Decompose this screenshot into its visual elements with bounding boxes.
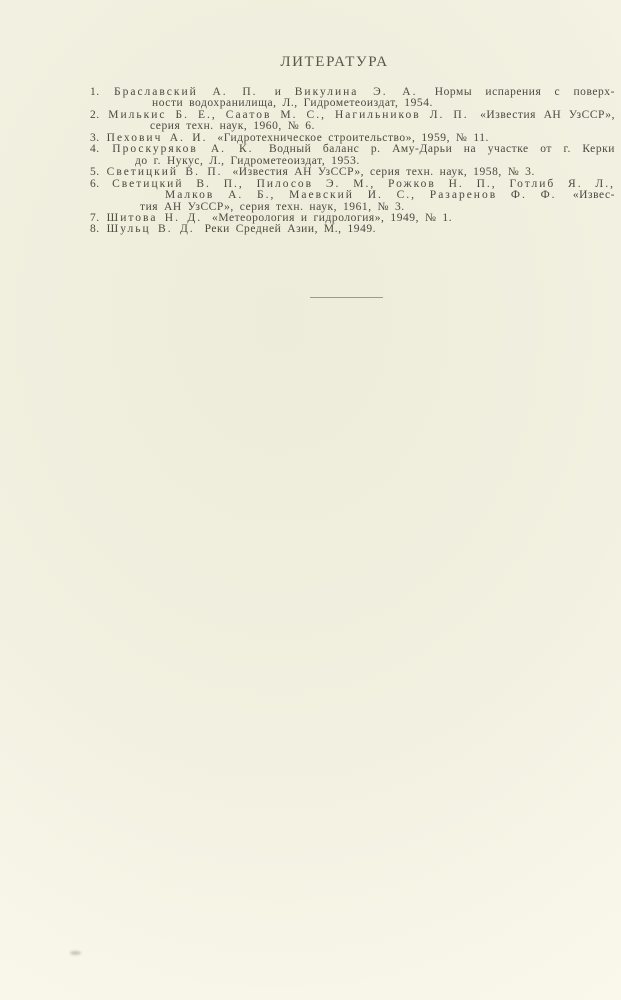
reference-text: «Известия АН УзССР», серия техн. наук, 1…: [223, 166, 535, 178]
scan-speck: [70, 951, 81, 955]
author-names: Светицкий В. П., Пилосов Э. М., Рожков Н…: [112, 178, 615, 190]
reference-text: Нормы испарения с поверх-: [417, 86, 615, 98]
reference-number: 3.: [90, 132, 101, 144]
reference-text: «Метеорология и гидрология», 1949, № 1.: [202, 212, 452, 224]
reference-text: ности водохранилища, Л., Гидрометеоиздат…: [152, 97, 433, 109]
reference-item: 6. Светицкий В. П., Пилосов Э. М., Рожко…: [90, 179, 615, 213]
references-list: 1. Браславский А. П. и Викулина Э. А. Но…: [90, 87, 615, 236]
author-names: Милькис Б. Е., Саатов М. С., Нагильников…: [108, 109, 468, 121]
reference-number: 7.: [90, 212, 101, 224]
author-names: Браславский А. П.: [114, 86, 258, 98]
author-names: Шульц В. Д.: [107, 223, 195, 235]
reference-text: «Извес-: [557, 189, 615, 201]
reference-number: 8.: [90, 223, 101, 235]
reference-text: «Известия АН УзССР»,: [469, 109, 615, 121]
author-names: Шитова Н. Д.: [107, 212, 202, 224]
document-page: ЛИТЕРАТУРА 1. Браславский А. П. и Викули…: [0, 0, 621, 1000]
reference-text: до г. Нукус, Л., Гидрометеоиздат, 1953.: [135, 155, 360, 167]
reference-number: 1.: [90, 86, 101, 98]
page-title: ЛИТЕРАТУРА: [72, 54, 597, 71]
reference-text: и: [258, 86, 295, 98]
reference-number: 6.: [90, 178, 101, 190]
author-names: Проскуряков А. К.: [112, 143, 253, 155]
reference-number: 2.: [90, 109, 101, 121]
section-divider: [310, 297, 383, 298]
author-names: Пехович А. И.: [107, 132, 208, 144]
author-names: Светицкий В. П.: [107, 166, 223, 178]
reference-text: Водный баланс р. Аму-Дарьи на участке от…: [254, 143, 615, 155]
reference-text: серия техн. наук, 1960, № 6.: [150, 120, 315, 132]
reference-item: 2. Милькис Б. Е., Саатов М. С., Нагильни…: [90, 110, 615, 133]
reference-text: «Гидротехническое строительство», 1959, …: [207, 132, 489, 144]
reference-item: 1. Браславский А. П. и Викулина Э. А. Но…: [90, 87, 615, 110]
reference-number: 4.: [90, 143, 101, 155]
author-names: Викулина Э. А.: [295, 86, 418, 98]
reference-number: 5.: [90, 166, 101, 178]
reference-item: 8. Шульц В. Д. Реки Средней Азии, М., 19…: [90, 224, 615, 235]
author-names: Малков А. Б., Маевский И. С., Разаренов …: [165, 189, 557, 201]
reference-text: Реки Средней Азии, М., 1949.: [195, 223, 376, 235]
reference-text: тия АН УзССР», серия техн. наук, 1961, №…: [140, 201, 405, 213]
reference-item: 4. Проскуряков А. К. Водный баланс р. Ам…: [90, 144, 615, 167]
reference-line: 8. Шульц В. Д. Реки Средней Азии, М., 19…: [90, 224, 615, 235]
